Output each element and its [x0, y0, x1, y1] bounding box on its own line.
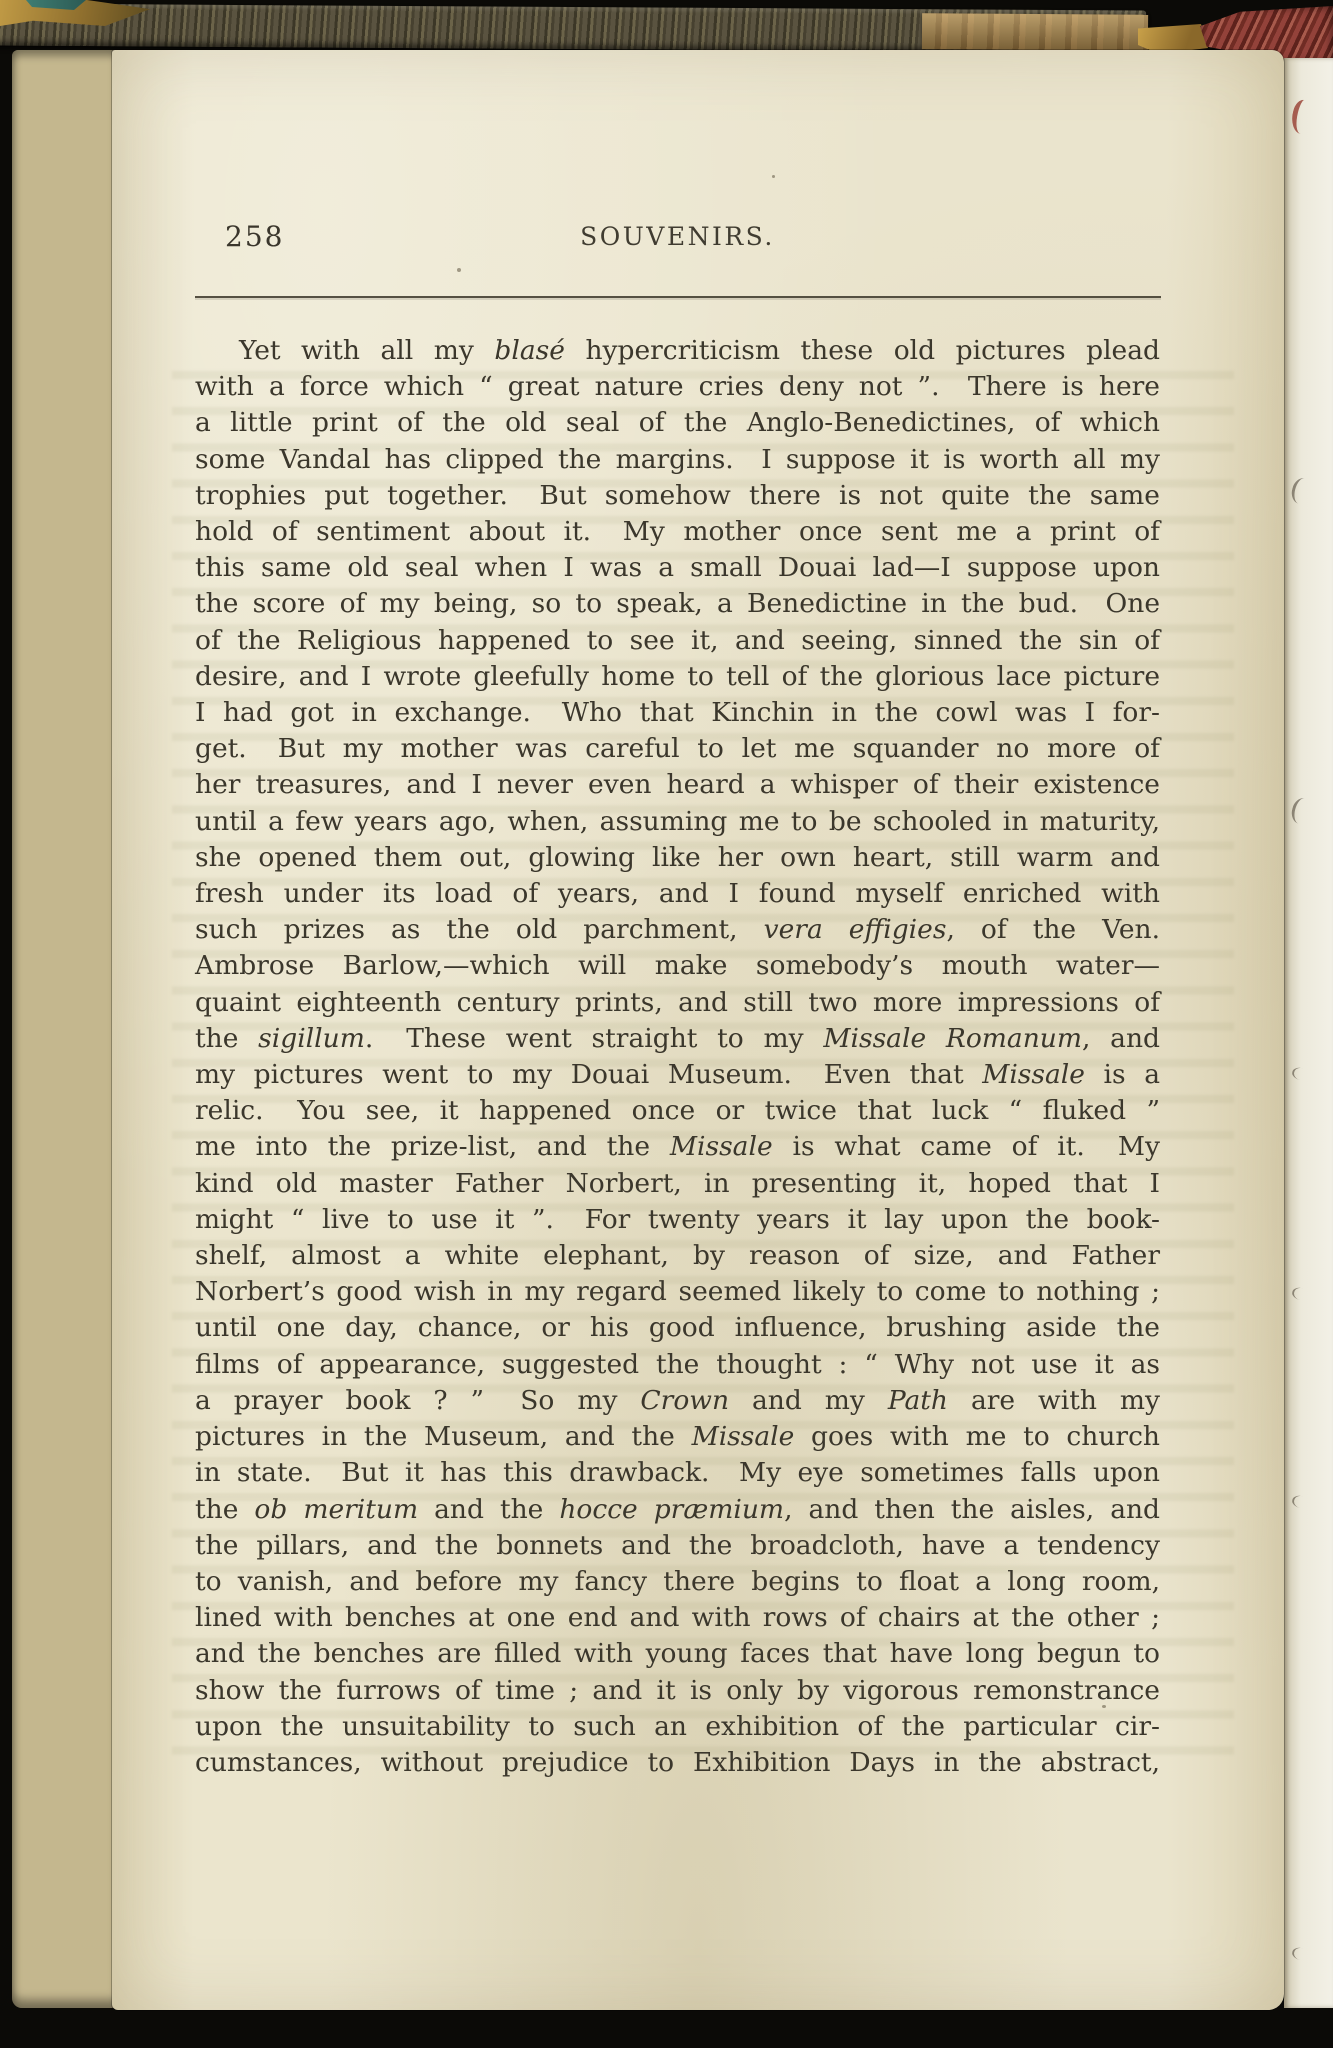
- body-text: are with my: [948, 1385, 1160, 1416]
- body-text: a little print of the old seal of the An…: [195, 407, 1160, 438]
- body-text: such prizes as the old parchment,: [195, 914, 764, 945]
- body-text: hypercriticism these old pictures plead: [565, 335, 1160, 366]
- text-line: some Vandal has clipped the margins. I s…: [195, 442, 1160, 478]
- book-page: 258 SOUVENIRS. Yet with all my blasé hyp…: [112, 50, 1284, 2010]
- italic-text: Path: [888, 1385, 948, 1416]
- italic-text: Crown: [640, 1385, 729, 1416]
- body-text: is what came of it. My: [773, 1131, 1160, 1162]
- text-line: trophies put together. But somehow there…: [195, 478, 1160, 514]
- text-line: my pictures went to my Douai Museum. Eve…: [195, 1057, 1160, 1093]
- edge-mark: [1291, 1946, 1311, 1962]
- body-text: with a force which “ great nature cries …: [195, 371, 1160, 402]
- body-text: cumstances, without prejudice to Exhibit…: [195, 1747, 1160, 1778]
- body-text: of the Religious happened to see it, and…: [195, 625, 1160, 656]
- text-line: cumstances, without prejudice to Exhibit…: [195, 1745, 1160, 1781]
- body-text: , of the Ven.: [946, 914, 1160, 945]
- text-line: desire, and I wrote gleefully home to te…: [195, 659, 1160, 695]
- body-text: the score of my being, so to speak, a Be…: [195, 588, 1160, 619]
- text-line: Ambrose Barlow,—which will make somebody…: [195, 948, 1160, 984]
- text-line: fresh under its load of years, and I fou…: [195, 876, 1160, 912]
- text-line: the pillars, and the bonnets and the bro…: [195, 1528, 1160, 1564]
- body-text: shelf, almost a white elephant, by reaso…: [195, 1240, 1160, 1271]
- text-line: the ob meritum and the hocce præmium, an…: [195, 1492, 1160, 1528]
- body-text: . These went straight to my: [365, 1023, 824, 1054]
- text-line: hold of sentiment about it. My mother on…: [195, 514, 1160, 550]
- body-text: , and then the aisles, and: [784, 1494, 1160, 1525]
- body-text: trophies put together. But somehow there…: [195, 480, 1160, 511]
- body-text: desire, and I wrote gleefully home to te…: [195, 661, 1160, 692]
- italic-text: Missale: [692, 1421, 795, 1452]
- body-text: pictures in the Museum, and the: [195, 1421, 692, 1452]
- italic-text: vera effigies: [764, 914, 947, 945]
- text-line: films of appearance, suggested the thoug…: [195, 1347, 1160, 1383]
- text-line: lined with benches at one end and with r…: [195, 1600, 1160, 1636]
- edge-mark: [1291, 1066, 1311, 1082]
- ink-speck: [457, 268, 461, 272]
- body-text: films of appearance, suggested the thoug…: [195, 1349, 1160, 1380]
- italic-text: hocce præmium: [559, 1494, 784, 1525]
- running-header: SOUVENIRS.: [195, 222, 1160, 251]
- text-line: until a few years ago, when, assuming me…: [195, 804, 1160, 840]
- text-line: a prayer book ? ” So my Crown and my Pat…: [195, 1383, 1160, 1419]
- text-line: show the furrows of time ; and it is onl…: [195, 1673, 1160, 1709]
- text-line: get. But my mother was careful to let me…: [195, 731, 1160, 767]
- text-line: I had got in exchange. Who that Kinchin …: [195, 695, 1160, 731]
- text-line: kind old master Father Norbert, in prese…: [195, 1166, 1160, 1202]
- ink-speck: [772, 175, 775, 178]
- body-text: lined with benches at one end and with r…: [195, 1602, 1160, 1633]
- page-fore-edge-stack: [12, 50, 118, 2008]
- text-line: shelf, almost a white elephant, by reaso…: [195, 1238, 1160, 1274]
- body-text: Ambrose Barlow,—which will make somebody…: [195, 950, 1160, 981]
- text-line: in state. But it has this drawback. My e…: [195, 1455, 1160, 1491]
- edge-mark: [1291, 1286, 1311, 1302]
- header-rule: [195, 296, 1161, 298]
- body-text: hold of sentiment about it. My mother on…: [195, 516, 1160, 547]
- body-text: to vanish, and before my fancy there beg…: [195, 1566, 1160, 1597]
- text-line: Norbert’s good wish in my regard seemed …: [195, 1274, 1160, 1310]
- body-text: might “ live to use it ”. For twenty yea…: [195, 1204, 1160, 1235]
- body-text: Norbert’s good wish in my regard seemed …: [195, 1276, 1160, 1307]
- body-text: the pillars, and the bonnets and the bro…: [195, 1530, 1160, 1561]
- text-line: to vanish, and before my fancy there beg…: [195, 1564, 1160, 1600]
- body-text: Yet with all my: [239, 335, 494, 366]
- body-text: is a: [1085, 1059, 1160, 1090]
- body-text: and the: [418, 1494, 559, 1525]
- body-text: some Vandal has clipped the margins. I s…: [195, 444, 1160, 475]
- edge-mark: [1288, 98, 1317, 136]
- body-text: and the benches are filled with young fa…: [195, 1638, 1160, 1669]
- italic-text: Missale: [982, 1059, 1085, 1090]
- italic-text: sigillum: [258, 1023, 365, 1054]
- text-line: until one day, chance, or his good influ…: [195, 1310, 1160, 1346]
- text-line: pictures in the Museum, and the Missale …: [195, 1419, 1160, 1455]
- body-text: until one day, chance, or his good influ…: [195, 1312, 1160, 1343]
- body-text: the: [195, 1023, 258, 1054]
- text-line: this same old seal when I was a small Do…: [195, 550, 1160, 586]
- text-line: quaint eighteenth century prints, and st…: [195, 985, 1160, 1021]
- body-text: relic. You see, it happened once or twic…: [195, 1095, 1160, 1126]
- text-line: me into the prize-list, and the Missale …: [195, 1129, 1160, 1165]
- body-text: quaint eighteenth century prints, and st…: [195, 987, 1160, 1018]
- edge-mark: [1291, 1494, 1311, 1510]
- body-text: the: [195, 1494, 254, 1525]
- text-line: she opened them out, glowing like her ow…: [195, 840, 1160, 876]
- italic-text: ob meritum: [254, 1494, 418, 1525]
- body-text: I had got in exchange. Who that Kinchin …: [195, 697, 1160, 728]
- text-line: with a force which “ great nature cries …: [195, 369, 1160, 405]
- edge-mark: [1289, 476, 1314, 506]
- body-text: me into the prize-list, and the: [195, 1131, 670, 1162]
- text-line: the sigillum. These went straight to my …: [195, 1021, 1160, 1057]
- body-text: she opened them out, glowing like her ow…: [195, 842, 1160, 873]
- text-line: of the Religious happened to see it, and…: [195, 623, 1160, 659]
- text-line: her treasures, and I never even heard a …: [195, 767, 1160, 803]
- body-text: , and: [1082, 1023, 1160, 1054]
- page-text: Yet with all my blasé hypercriticism the…: [195, 333, 1160, 1781]
- body-text: my pictures went to my Douai Museum. Eve…: [195, 1059, 982, 1090]
- book-photo: 258 SOUVENIRS. Yet with all my blasé hyp…: [0, 0, 1333, 2048]
- italic-text: Missale Romanum: [823, 1023, 1082, 1054]
- text-line: such prizes as the old parchment, vera e…: [195, 912, 1160, 948]
- text-line: Yet with all my blasé hypercriticism the…: [195, 333, 1160, 369]
- text-line: and the benches are filled with young fa…: [195, 1636, 1160, 1672]
- text-line: relic. You see, it happened once or twic…: [195, 1093, 1160, 1129]
- text-line: a little print of the old seal of the An…: [195, 405, 1160, 441]
- text-line: upon the unsuitability to such an exhibi…: [195, 1709, 1160, 1745]
- body-text: goes with me to church: [794, 1421, 1160, 1452]
- body-text: get. But my mother was careful to let me…: [195, 733, 1160, 764]
- text-line: might “ live to use it ”. For twenty yea…: [195, 1202, 1160, 1238]
- page-header: 258 SOUVENIRS.: [195, 220, 1160, 260]
- italic-text: blasé: [494, 335, 565, 366]
- body-text: her treasures, and I never even heard a …: [195, 769, 1160, 800]
- body-text: fresh under its load of years, and I fou…: [195, 878, 1160, 909]
- italic-text: Missale: [670, 1131, 773, 1162]
- body-text: kind old master Father Norbert, in prese…: [195, 1168, 1160, 1199]
- body-text: show the furrows of time ; and it is onl…: [195, 1675, 1160, 1706]
- body-text: and my: [729, 1385, 888, 1416]
- scan-right-strip: [1284, 58, 1333, 2008]
- body-text: upon the unsuitability to such an exhibi…: [195, 1711, 1160, 1742]
- body-text: in state. But it has this drawback. My e…: [195, 1457, 1160, 1488]
- cover-patch-tan: [922, 13, 1148, 51]
- body-text: a prayer book ? ” So my: [195, 1385, 640, 1416]
- text-line: the score of my being, so to speak, a Be…: [195, 586, 1160, 622]
- body-text: this same old seal when I was a small Do…: [195, 552, 1160, 583]
- body-text: until a few years ago, when, assuming me…: [195, 806, 1160, 837]
- edge-mark: [1289, 796, 1314, 826]
